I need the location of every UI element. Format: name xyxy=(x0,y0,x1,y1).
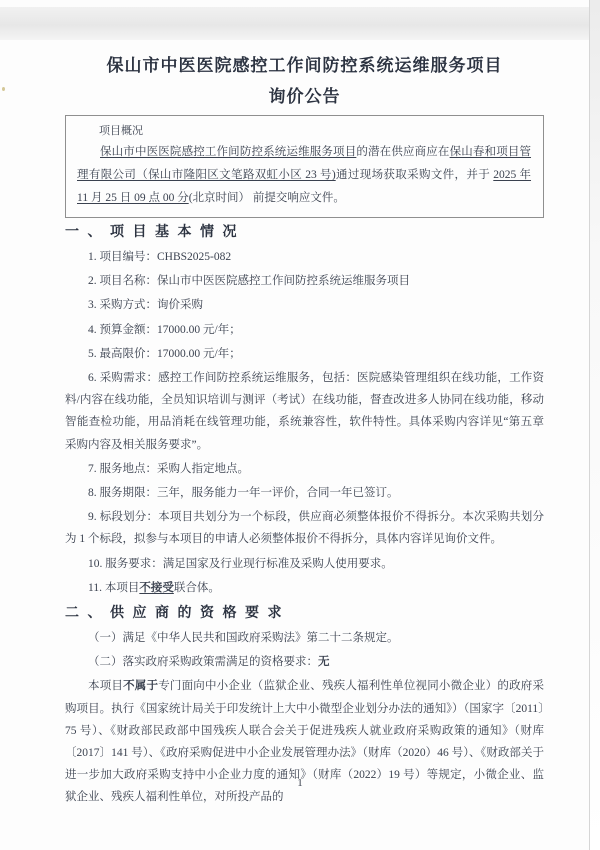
item-procurement-method: 3. 采购方式：询价采购 xyxy=(65,294,544,316)
document-content: 保山市中医医院感控工作间防控系统运维服务项目 询价公告 项目概况 保山市中医医院… xyxy=(0,0,600,809)
section-heading-supplier-qualification: 二 、 供 应 商 的 资 格 要 求 xyxy=(65,604,544,624)
page-number: 1 xyxy=(0,777,600,789)
item-project-number: 1. 项目编号：CHBS2025-082 xyxy=(65,246,544,268)
scanned-document-page: 保山市中医医院感控工作间防控系统运维服务项目 询价公告 项目概况 保山市中医医院… xyxy=(0,0,600,850)
item-price-ceiling: 5. 最高限价：17000.00 元/年； xyxy=(65,343,544,365)
item-service-location: 7. 服务地点：采购人指定地点。 xyxy=(65,458,544,480)
item-qualification-law: （一）满足《中华人民共和国政府采购法》第二十二条规定。 xyxy=(65,627,544,649)
item-procurement-requirements: 6. 采购需求：感控工作间防控系统运维服务，包括：医院感染管理组织在线功能，工作… xyxy=(65,367,544,456)
document-subtitle: 询价公告 xyxy=(65,85,544,108)
item-consortium: 11. 本项目不接受联合体。 xyxy=(65,577,544,599)
item-service-requirements: 10. 服务要求：满足国家及行业现行标准及采购人使用要求。 xyxy=(65,553,544,575)
overview-paragraph: 保山市中医医院感控工作间防控系统运维服务项目的潜在供应商应在保山春和项目管理有限… xyxy=(77,141,531,210)
item-lot-division: 9. 标段划分：本项目共划分为一个标段，供应商必须整体报价不得拆分。本次采购共划… xyxy=(65,506,544,550)
item-policy-qualification: （二）落实政府采购政策需满足的资格要求：无 xyxy=(65,651,544,673)
overview-label: 项目概况 xyxy=(77,122,531,141)
document-title: 保山市中医医院感控工作间防控系统运维服务项目 xyxy=(65,54,544,77)
section-heading-basic-info: 一 、 项 目 基 本 情 况 xyxy=(65,223,544,243)
item-project-name: 2. 项目名称：保山市中医医院感控工作间防控系统运维服务项目 xyxy=(65,270,544,292)
item-budget-amount: 4. 预算金额：17000.00 元/年； xyxy=(65,319,544,341)
project-overview-box: 项目概况 保山市中医医院感控工作间防控系统运维服务项目的潜在供应商应在保山春和项… xyxy=(65,115,544,218)
item-service-term: 8. 服务期限：三年，服务能力一年一评价，合同一年已签订。 xyxy=(65,482,544,504)
